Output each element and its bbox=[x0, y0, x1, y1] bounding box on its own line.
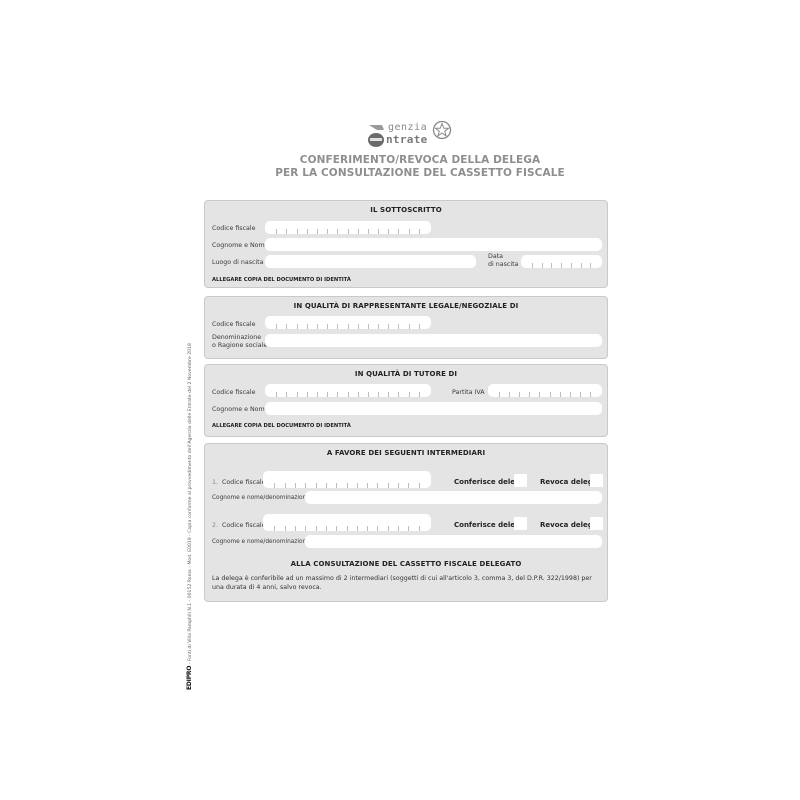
denominazione-line-2: o Ragione sociale bbox=[212, 342, 267, 349]
cognome-nome-input[interactable] bbox=[265, 238, 602, 251]
codice-fiscale-label: Codice fiscale bbox=[212, 321, 256, 329]
revoca-delega-label: Revoca delega bbox=[540, 479, 597, 487]
cognome-nome-input[interactable] bbox=[265, 402, 602, 415]
logo-text-entrate: ntrate bbox=[386, 133, 428, 146]
data-label-line-2: di nascita bbox=[488, 261, 518, 268]
data-nascita-label: Data di nascita bbox=[488, 253, 518, 268]
luogo-nascita-label: Luogo di nascita bbox=[212, 259, 264, 267]
id-document-note: ALLEGARE COPIA DEL DOCUMENTO DI IDENTITÀ bbox=[212, 423, 351, 429]
intermediario-2-cf-label: 2. Codice fiscale bbox=[212, 522, 266, 530]
denominazione-input[interactable] bbox=[265, 334, 602, 347]
cognome-denominazione-label: Cognome e nome/denominazione bbox=[212, 495, 310, 503]
codice-fiscale-label: Codice fiscale bbox=[212, 225, 256, 233]
codice-fiscale-input[interactable] bbox=[265, 316, 431, 329]
intermediario-2-cognome-input[interactable] bbox=[305, 535, 602, 548]
codice-fiscale-label: Codice fiscale bbox=[222, 522, 266, 529]
section-title: IN QUALITÀ DI TUTORE DI bbox=[205, 370, 607, 378]
intermediario-1-revoca-checkbox[interactable] bbox=[590, 474, 603, 487]
section-title: IN QUALITÀ DI RAPPRESENTANTE LEGALE/NEGO… bbox=[205, 302, 607, 310]
revoca-delega-label: Revoca delega bbox=[540, 522, 597, 530]
intermediario-2-codice-fiscale-input[interactable] bbox=[263, 514, 431, 531]
form-title-line-1: CONFERIMENTO/REVOCA DELLA DELEGA bbox=[230, 154, 610, 166]
intermediario-1-codice-fiscale-input[interactable] bbox=[263, 471, 431, 488]
character-cells-16 bbox=[263, 514, 431, 531]
cognome-denominazione-label: Cognome e nome/denominazione bbox=[212, 539, 310, 547]
codice-fiscale-label: Codice fiscale bbox=[212, 389, 256, 397]
intermediario-1-cognome-input[interactable] bbox=[305, 491, 602, 504]
character-cells-16 bbox=[263, 471, 431, 488]
data-nascita-input[interactable] bbox=[521, 255, 602, 268]
rappresentante-section: IN QUALITÀ DI RAPPRESENTANTE LEGALE/NEGO… bbox=[204, 296, 608, 359]
intermediario-1-cf-label: 1. Codice fiscale bbox=[212, 479, 266, 487]
partita-iva-input[interactable] bbox=[488, 384, 602, 397]
character-cells-16 bbox=[265, 221, 431, 234]
intermediario-1-conferisce-checkbox[interactable] bbox=[514, 474, 527, 487]
logo-text-agenzia: genzia bbox=[388, 122, 427, 133]
intermediario-2-revoca-checkbox[interactable] bbox=[590, 517, 603, 530]
denominazione-label: Denominazione o Ragione sociale bbox=[212, 334, 267, 349]
margin-text: - Fonti di Villa Pamphili N.1 - 00152 Ro… bbox=[188, 343, 193, 666]
sottoscritto-section: IL SOTTOSCRITTO Codice fiscale Cognome e… bbox=[204, 200, 608, 288]
data-label-line-1: Data bbox=[488, 253, 503, 260]
date-cells-8 bbox=[521, 255, 602, 268]
intermediari-section: A FAVORE DEI SEGUENTI INTERMEDIARI 1. Co… bbox=[204, 443, 608, 602]
cognome-nome-label: Cognome e Nome bbox=[212, 242, 269, 250]
id-document-note: ALLEGARE COPIA DEL DOCUMENTO DI IDENTITÀ bbox=[212, 277, 351, 283]
tutore-section: IN QUALITÀ DI TUTORE DI Codice fiscale P… bbox=[204, 364, 608, 437]
delega-info-paragraph: La delega è conferibile ad un massimo di… bbox=[212, 574, 602, 592]
form-title-line-2: PER LA CONSULTAZIONE DEL CASSETTO FISCAL… bbox=[230, 167, 610, 179]
denominazione-line-1: Denominazione bbox=[212, 334, 261, 341]
codice-fiscale-label: Codice fiscale bbox=[222, 479, 266, 486]
margin-printer-text: EDIPRO - Fonti di Villa Pamphili N.1 - 0… bbox=[186, 343, 193, 690]
character-cells-16 bbox=[265, 384, 431, 397]
partita-iva-label: Partita IVA bbox=[452, 389, 485, 397]
consultazione-subtitle: ALLA CONSULTAZIONE DEL CASSETTO FISCALE … bbox=[205, 560, 607, 568]
intermediario-2-conferisce-checkbox[interactable] bbox=[514, 517, 527, 530]
section-title: A FAVORE DEI SEGUENTI INTERMEDIARI bbox=[205, 449, 607, 457]
agenzia-a-icon bbox=[366, 122, 388, 148]
intermediario-number: 2. bbox=[212, 522, 218, 529]
agenzia-entrate-logo: genzia ntrate bbox=[366, 120, 456, 150]
republic-emblem-icon bbox=[432, 120, 452, 140]
character-cells-16 bbox=[265, 316, 431, 329]
codice-fiscale-input[interactable] bbox=[265, 384, 431, 397]
intermediario-number: 1. bbox=[212, 479, 218, 486]
luogo-nascita-input[interactable] bbox=[265, 255, 476, 268]
codice-fiscale-input[interactable] bbox=[265, 221, 431, 234]
edipro-brand: EDIPRO bbox=[186, 666, 193, 690]
section-title: IL SOTTOSCRITTO bbox=[205, 206, 607, 214]
cognome-nome-label: Cognome e Nome bbox=[212, 406, 269, 414]
character-cells-11 bbox=[488, 384, 602, 397]
